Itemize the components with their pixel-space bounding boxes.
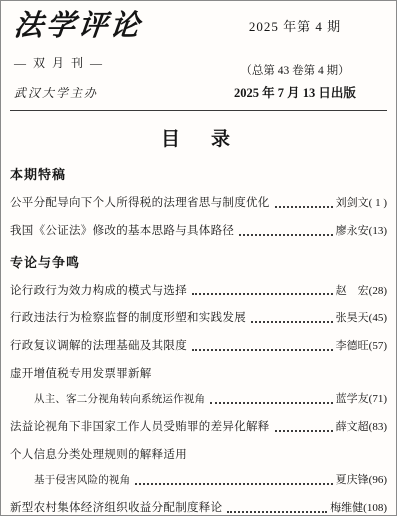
dot-leader bbox=[251, 321, 333, 323]
article-main-row: 新型农村集体经济组织收益分配制度释论 梅维健(108) bbox=[10, 501, 387, 516]
toc-entry: 论行政行为效力构成的模式与选择 赵 宏(28) bbox=[10, 284, 387, 299]
masthead: 法学评论 — 双 月 刊 — 武汉大学主办 2025 年第 4 期 （总第 43… bbox=[10, 9, 387, 101]
volume-label: （总第 43 卷第 4 期） bbox=[205, 62, 385, 78]
section-heading: 本期特稿 bbox=[10, 164, 387, 183]
toc-section: 本期特稿 公平分配导向下个人所得税的法理省思与制度优化 刘剑文( 1 ) 我国《… bbox=[10, 164, 387, 239]
section-articles: 论行政行为效力构成的模式与选择 赵 宏(28) 行政违法行为检察监督的制度形塑和… bbox=[10, 284, 387, 516]
toc-entry: 新型农村集体经济组织收益分配制度释论 梅维健(108) bbox=[10, 501, 387, 516]
article-main-row: 行政复议调解的法理基础及其限度 李德旺(57) bbox=[10, 339, 387, 354]
masthead-left: 法学评论 — 双 月 刊 — 武汉大学主办 bbox=[10, 9, 142, 101]
dot-leader bbox=[192, 293, 333, 295]
dot-leader bbox=[227, 511, 327, 513]
article-title: 个人信息分类处理规则的解释适用 bbox=[10, 448, 187, 462]
article-title: 公平分配导向下个人所得税的法理省思与制度优化 bbox=[10, 196, 270, 210]
article-main-row: 虚开增值税专用发票罪新解 bbox=[10, 367, 387, 381]
toc-section: 专论与争鸣 论行政行为效力构成的模式与选择 赵 宏(28) 行政违法行为检察监督… bbox=[10, 252, 387, 516]
journal-logo: 法学评论 bbox=[12, 11, 143, 43]
article-author-page: 廖永安(13) bbox=[336, 225, 387, 239]
article-subtitle: 从主、客二分视角转向系统运作视角 bbox=[34, 393, 205, 406]
toc-sections: 本期特稿 公平分配导向下个人所得税的法理省思与制度优化 刘剑文( 1 ) 我国《… bbox=[10, 164, 387, 516]
article-author-page: 李德旺(57) bbox=[336, 340, 387, 354]
frequency-label: — 双 月 刊 — bbox=[14, 54, 142, 71]
article-title: 法益论视角下非国家工作人员受贿罪的差异化解释 bbox=[10, 420, 270, 434]
article-title: 行政复议调解的法理基础及其限度 bbox=[10, 339, 187, 353]
journal-toc-page: 法学评论 — 双 月 刊 — 武汉大学主办 2025 年第 4 期 （总第 43… bbox=[0, 0, 397, 516]
article-title: 行政违法行为检察监督的制度形塑和实践发展 bbox=[10, 311, 246, 325]
toc-entry: 个人信息分类处理规则的解释适用 基于侵害风险的视角 夏庆锋(96) bbox=[10, 448, 387, 488]
section-articles: 公平分配导向下个人所得税的法理省思与制度优化 刘剑文( 1 ) 我国《公证法》修… bbox=[10, 196, 387, 239]
article-main-row: 行政违法行为检察监督的制度形塑和实践发展 张昊天(45) bbox=[10, 311, 387, 326]
section-heading: 专论与争鸣 bbox=[10, 252, 387, 271]
article-title: 虚开增值税专用发票罪新解 bbox=[10, 367, 152, 381]
toc-entry: 行政违法行为检察监督的制度形塑和实践发展 张昊天(45) bbox=[10, 311, 387, 326]
dot-leader bbox=[275, 430, 333, 432]
article-author-page: 夏庆锋(96) bbox=[336, 474, 387, 488]
issue-label: 2025 年第 4 期 bbox=[205, 16, 385, 35]
dot-leader bbox=[135, 483, 332, 485]
toc-entry: 法益论视角下非国家工作人员受贿罪的差异化解释 薛文超(83) bbox=[10, 420, 387, 435]
dot-leader bbox=[239, 234, 332, 236]
article-main-row: 论行政行为效力构成的模式与选择 赵 宏(28) bbox=[10, 284, 387, 299]
article-author-page: 薛文超(83) bbox=[336, 421, 387, 435]
article-title: 新型农村集体经济组织收益分配制度释论 bbox=[10, 501, 222, 515]
article-title: 我国《公证法》修改的基本思路与具体路径 bbox=[10, 224, 234, 238]
organizer-label: 武汉大学主办 bbox=[14, 84, 142, 101]
article-main-row: 我国《公证法》修改的基本思路与具体路径 廖永安(13) bbox=[10, 224, 387, 239]
article-main-row: 法益论视角下非国家工作人员受贿罪的差异化解释 薛文超(83) bbox=[10, 420, 387, 435]
article-subtitle-row: 从主、客二分视角转向系统运作视角 蓝学友(71) bbox=[10, 393, 387, 407]
dot-leader bbox=[210, 402, 332, 404]
toc-entry: 我国《公证法》修改的基本思路与具体路径 廖永安(13) bbox=[10, 224, 387, 239]
masthead-divider bbox=[10, 110, 387, 111]
dot-leader bbox=[192, 349, 333, 351]
toc-entry: 虚开增值税专用发票罪新解 从主、客二分视角转向系统运作视角 蓝学友(71) bbox=[10, 367, 387, 407]
article-author-page: 张昊天(45) bbox=[336, 312, 387, 326]
article-main-row: 公平分配导向下个人所得税的法理省思与制度优化 刘剑文( 1 ) bbox=[10, 196, 387, 211]
article-author-page: 梅维健(108) bbox=[330, 502, 387, 516]
publish-date: 2025 年 7 月 13 日出版 bbox=[205, 83, 385, 101]
article-subtitle-row: 基于侵害风险的视角 夏庆锋(96) bbox=[10, 474, 387, 488]
article-author-page: 赵 宏(28) bbox=[336, 285, 387, 299]
toc-title: 目 录 bbox=[10, 124, 387, 151]
toc-entry: 公平分配导向下个人所得税的法理省思与制度优化 刘剑文( 1 ) bbox=[10, 196, 387, 211]
article-subtitle: 基于侵害风险的视角 bbox=[34, 474, 130, 487]
article-title: 论行政行为效力构成的模式与选择 bbox=[10, 284, 187, 298]
article-author-page: 刘剑文( 1 ) bbox=[336, 197, 387, 211]
article-author-page: 蓝学友(71) bbox=[336, 393, 387, 407]
masthead-right: 2025 年第 4 期 （总第 43 卷第 4 期） 2025 年 7 月 13… bbox=[205, 9, 387, 101]
toc-entry: 行政复议调解的法理基础及其限度 李德旺(57) bbox=[10, 339, 387, 354]
dot-leader bbox=[275, 206, 333, 208]
article-main-row: 个人信息分类处理规则的解释适用 bbox=[10, 448, 387, 462]
